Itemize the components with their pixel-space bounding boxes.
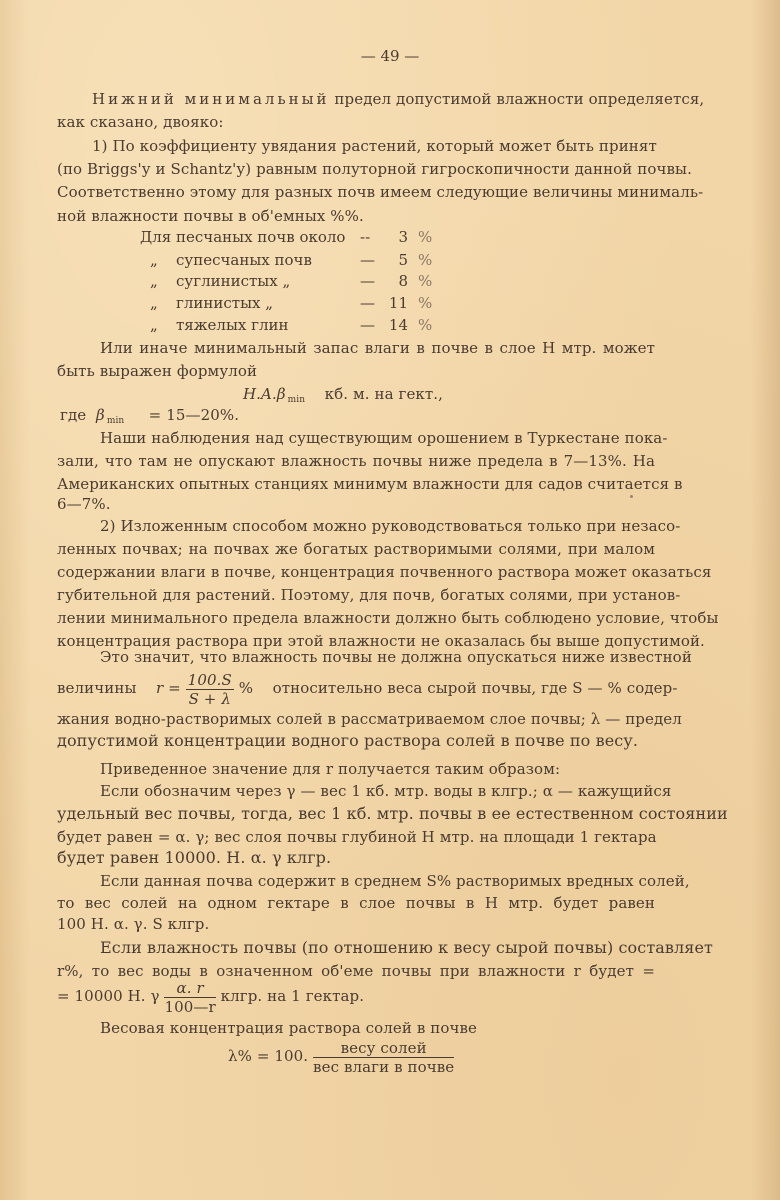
- ditto-mark: „: [150, 315, 158, 335]
- paragraph-3-line-2: быть выражен формулой: [57, 361, 257, 381]
- spaced-emphasis: Нижний минимальный: [92, 90, 330, 108]
- formula-unit: кб. м. на гект.,: [325, 385, 443, 403]
- text: величины: [57, 679, 137, 697]
- paragraph-10-line-1: Весовая концентрация раствора солей в по…: [100, 1018, 477, 1038]
- paragraph-2-line-4: ной влажности почвы в об'емных %%.: [57, 206, 364, 226]
- paragraph-2-line-3: Соответственно этому для разных почв име…: [57, 182, 655, 202]
- moisture-value: 11: [378, 293, 408, 313]
- paragraph-4-line-4: 6—7%.: [57, 494, 111, 514]
- beta-symbol: β: [96, 406, 105, 424]
- soil-type-label: тяжелых глин: [176, 315, 289, 335]
- paragraph-5-line-2: ленных почвах; на почвах же богатых раст…: [57, 539, 655, 559]
- ditto-mark: „: [150, 271, 158, 291]
- formula-lhs: r =: [156, 679, 181, 697]
- paragraph-1-line-1: Нижний минимальный предел допустимой вла…: [92, 89, 655, 109]
- formula-unit: %: [239, 679, 253, 697]
- fraction-water-weight: α. r100—r: [164, 979, 215, 1016]
- percent-unit: %: [418, 271, 432, 291]
- paragraph-6-line-4: допустимой концентрации водного раствора…: [57, 731, 638, 751]
- ditto-mark: „: [150, 293, 158, 313]
- moisture-value: 14: [378, 315, 408, 335]
- paragraph-7-line-5: будет равен 10000. H. α. γ клгр.: [57, 848, 331, 868]
- ditto-mark: „: [150, 250, 158, 270]
- soil-type-label: супесчаных почв: [176, 250, 312, 270]
- paragraph-2-line-2: (по Briggs'у и Schantz'у) равным полутор…: [57, 159, 655, 179]
- soil-table-row: Дляпесчаных почв около--3%: [0, 227, 780, 247]
- paragraph-8-line-3: 100 H. α. γ. S клгр.: [57, 914, 209, 934]
- percent-unit: %: [418, 227, 432, 247]
- formula-subscript: min: [288, 395, 306, 405]
- paragraph-6-line-1: Это значит, что влажность почвы не должн…: [100, 647, 655, 667]
- percent-unit: %: [418, 315, 432, 335]
- percent-unit: %: [418, 250, 432, 270]
- moisture-value: 3: [378, 227, 408, 247]
- paragraph-1-line-2: как сказано, двояко:: [57, 112, 224, 132]
- fraction-numerator: α. r: [164, 979, 215, 998]
- fraction-denominator: вес влаги в почве: [313, 1058, 454, 1076]
- text: клгр. на 1 гектар.: [221, 987, 364, 1005]
- fraction-concentration: весу солейвес влаги в почве: [313, 1039, 454, 1076]
- paragraph-6-line-3: жания водно-растворимых солей в рассматр…: [57, 709, 655, 729]
- paragraph-6-line-2: величины r = 100.SS + λ % относительно в…: [57, 668, 655, 708]
- soil-type-label: глинистых „: [176, 293, 273, 313]
- paragraph-9-line-1: Если влажность почвы (по отношению к вес…: [100, 938, 655, 958]
- soil-table-row: „тяжелых глин—14%: [0, 315, 780, 335]
- formula-prefix: = 10000 H. γ: [57, 987, 160, 1005]
- text: предел допустимой влажности определяется…: [334, 90, 704, 108]
- paragraph-5-line-3: содержании влаги в почве, концентрация п…: [57, 562, 655, 582]
- dash: —: [360, 293, 375, 313]
- scanned-page: — 49 — Нижний минимальный предел допусти…: [0, 0, 780, 1200]
- moisture-value: 5: [378, 250, 408, 270]
- paragraph-7-line-2: Если обозначим через γ — вес 1 кб. мтр. …: [100, 781, 655, 801]
- paragraph-5-line-4: губительной для растений. Поэтому, для п…: [57, 585, 655, 605]
- percent-unit: %: [418, 293, 432, 313]
- soil-type-label: песчаных почв около: [176, 227, 345, 247]
- paragraph-5-line-1: 2) Изложенным способом можно руководство…: [100, 516, 655, 536]
- fraction-r: 100.SS + λ: [186, 671, 234, 708]
- paragraph-2-line-1: 1) По коэффициенту увядания растений, ко…: [92, 136, 655, 156]
- paragraph-7-line-3: удельный вес почвы, тогда, вес 1 кб. мтр…: [57, 804, 655, 824]
- print-speck: [630, 495, 633, 498]
- soil-table-row: „глинистых „—11%: [0, 293, 780, 313]
- paragraph-8-line-2: то вес солей на одном гектаре в слое поч…: [57, 893, 655, 913]
- dash: --: [360, 227, 370, 247]
- soil-table-row: „супесчаных почв—5%: [0, 250, 780, 270]
- dash: —: [360, 315, 375, 335]
- formula-moisture-reserve: H.A.βmin кб. м. на гект.,: [243, 384, 443, 410]
- formula-expression: H.A.β: [243, 385, 286, 403]
- formula-lhs: λ% = 100.: [228, 1047, 308, 1065]
- soil-table-row: „суглинистых „—8%: [0, 271, 780, 291]
- fraction-numerator: 100.S: [186, 671, 234, 690]
- dash: —: [360, 271, 375, 291]
- beta-subscript: min: [107, 416, 125, 426]
- paragraph-7-line-1: Приведенное значение для r получается та…: [100, 759, 560, 779]
- paragraph-4-line-3: Американских опытных станциях минимум вл…: [57, 474, 655, 494]
- page-number: — 49 —: [0, 47, 780, 65]
- beta-value: = 15—20%.: [149, 406, 239, 424]
- paragraph-4-line-1: Наши наблюдения над существующим орошени…: [100, 428, 655, 448]
- where-label: где: [60, 406, 86, 424]
- text: относительно веса сырой почвы, где S — %…: [273, 679, 678, 697]
- soil-type-label: суглинистых „: [176, 271, 290, 291]
- paragraph-7-line-4: будет равен = α. γ; вес слоя почвы глуби…: [57, 827, 655, 847]
- paragraph-8-line-1: Если данная почва содержит в среднем S% …: [100, 871, 655, 891]
- fraction-denominator: 100—r: [164, 998, 215, 1016]
- fraction-numerator: весу солей: [313, 1039, 454, 1058]
- paragraph-3-line-1: Или иначе минимальный запас влаги в почв…: [100, 338, 655, 358]
- fraction-denominator: S + λ: [186, 690, 234, 708]
- paragraph-5-line-5: лении минимального предела влажности дол…: [57, 608, 655, 628]
- paragraph-4-line-2: зали, что там не опускают влажность почв…: [57, 451, 655, 471]
- dash: —: [360, 250, 375, 270]
- moisture-value: 8: [378, 271, 408, 291]
- formula-salt-concentration: λ% = 100. весу солейвес влаги в почве: [228, 1036, 454, 1076]
- paragraph-9-line-3: = 10000 H. γ α. r100—r клгр. на 1 гектар…: [57, 976, 364, 1016]
- soil-prefix: Для: [140, 227, 171, 247]
